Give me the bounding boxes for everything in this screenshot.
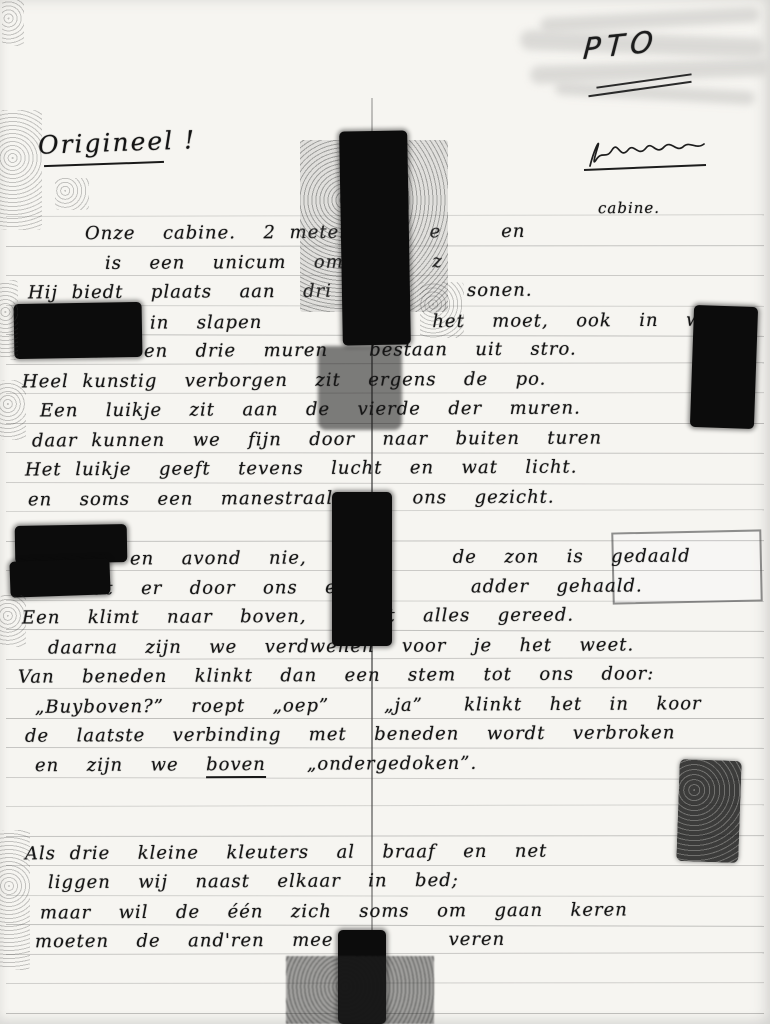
ruled-line [6, 747, 764, 749]
redaction-mark [9, 558, 110, 597]
text-segment: Heel kunstig verborgen zit ergens de po. [22, 369, 546, 393]
handwritten-line-7: Heel kunstig verborgen zit ergens de po. [22, 369, 546, 393]
obscured-text-gap [383, 562, 453, 563]
text-segment: Een luikje zit aan de vierde der muren. [40, 398, 581, 422]
ruled-line [6, 924, 764, 927]
text-segment: maar wil de één zich soms om gaan keren [40, 899, 628, 923]
ruled-line [6, 482, 764, 485]
text-segment: Van beneden klinkt dan een stem tot ons … [18, 663, 654, 687]
text-segment: Als drie kleine kleuters al braaf en net [25, 841, 547, 865]
ruled-line [6, 835, 764, 837]
ruled-line [6, 777, 764, 780]
handwritten-line-14: Een klimt naar boven, maakt alles gereed… [22, 605, 574, 629]
handwritten-line-22: maar wil de één zich soms om gaan keren [40, 899, 628, 923]
text-segment: Het luikje geeft tevens lucht en wat lic… [25, 457, 578, 481]
photocopy-noise [0, 280, 18, 360]
text-segment: de zon is gedaald [453, 546, 691, 568]
text-segment: Hij biedt plaats aan dri [28, 281, 332, 304]
redaction-mark [14, 302, 143, 359]
photocopy-noise [55, 178, 89, 210]
photocopy-noise [420, 282, 464, 338]
handwritten-line-21: liggen wij naast elkaar in bed; [48, 870, 459, 893]
handwritten-line-17: „Buyboven?” roept „oep” „ja” klinkt het … [35, 693, 702, 717]
redaction-mark [318, 346, 402, 430]
redaction-mark [286, 956, 434, 1024]
handwritten-line-23: moeten de and'ren meeveren [35, 929, 505, 952]
redaction-mark [676, 759, 742, 863]
text-segment: „Buyboven?” roept „oep” „ja” klinkt het … [35, 693, 702, 717]
scanned-document-page: PTO Origineel ! cabine.Onze cabine. 2 me… [0, 0, 770, 1024]
signature [580, 132, 720, 176]
photocopy-noise [0, 110, 42, 230]
text-segment: daar kunnen we fijn door naar buiten tur… [32, 428, 602, 452]
handwritten-line-9: daar kunnen we fijn door naar buiten tur… [32, 428, 602, 452]
handwritten-line-10: Het luikje geeft tevens lucht en wat lic… [25, 457, 578, 481]
photocopy-noise [2, 0, 24, 46]
text-segment: en zijn we [35, 754, 206, 776]
handwritten-line-16: Van beneden klinkt dan een stem tot ons … [18, 663, 654, 687]
obscured-text-gap [441, 236, 501, 237]
text-segment: in slapen [150, 312, 262, 334]
ruled-line [6, 452, 764, 454]
grey-smudge [555, 81, 755, 105]
ruled-line [6, 895, 764, 897]
handwritten-line-19: en zijn we boven „ondergedoken”. [35, 753, 477, 776]
text-segment: en soms een manestraal op ons gezicht. [28, 487, 555, 511]
text-segment: „ondergedoken”. [266, 753, 477, 775]
handwritten-line-1: cabine. [598, 199, 660, 217]
ruled-line [6, 865, 764, 866]
origineel-underline [44, 161, 164, 167]
handwritten-line-20: Als drie kleine kleuters al braaf en net [25, 841, 547, 865]
handwritten-line-18: de laatste verbinding met beneden wordt … [25, 722, 676, 746]
text-segment: cabine. [598, 199, 660, 217]
handwritten-line-11: en soms een manestraal op ons gezicht. [28, 487, 555, 511]
handwritten-line-8: Een luikje zit aan de vierde der muren. [40, 398, 581, 422]
handwritten-line-12: en avond nie, nadade zon is gedaald [130, 546, 691, 570]
origineel-label: Origineel ! [38, 125, 197, 160]
underlined-word: boven [206, 754, 266, 778]
text-segment: en [501, 221, 525, 242]
redaction-mark [15, 524, 128, 564]
redaction-mark [690, 305, 758, 429]
photocopy-noise [0, 595, 26, 647]
text-segment: liggen wij naast elkaar in bed; [48, 870, 459, 893]
text-segment: adder gehaald. [471, 575, 643, 597]
redaction-mark [339, 130, 411, 345]
redaction-mark [332, 492, 392, 646]
ruled-line [6, 718, 764, 719]
ruled-line [6, 687, 764, 689]
text-segment: moeten de and'ren mee [35, 930, 334, 953]
text-segment: de laatste verbinding met beneden wordt … [25, 722, 676, 746]
text-segment: Een klimt naar boven, maakt alles gereed… [22, 605, 574, 629]
pto-note: PTO [582, 24, 660, 66]
text-segment: sonen. [467, 280, 533, 301]
photocopy-noise [0, 380, 26, 440]
photocopy-noise [0, 830, 30, 970]
text-segment: veren [449, 929, 506, 950]
ruled-line [6, 804, 764, 807]
